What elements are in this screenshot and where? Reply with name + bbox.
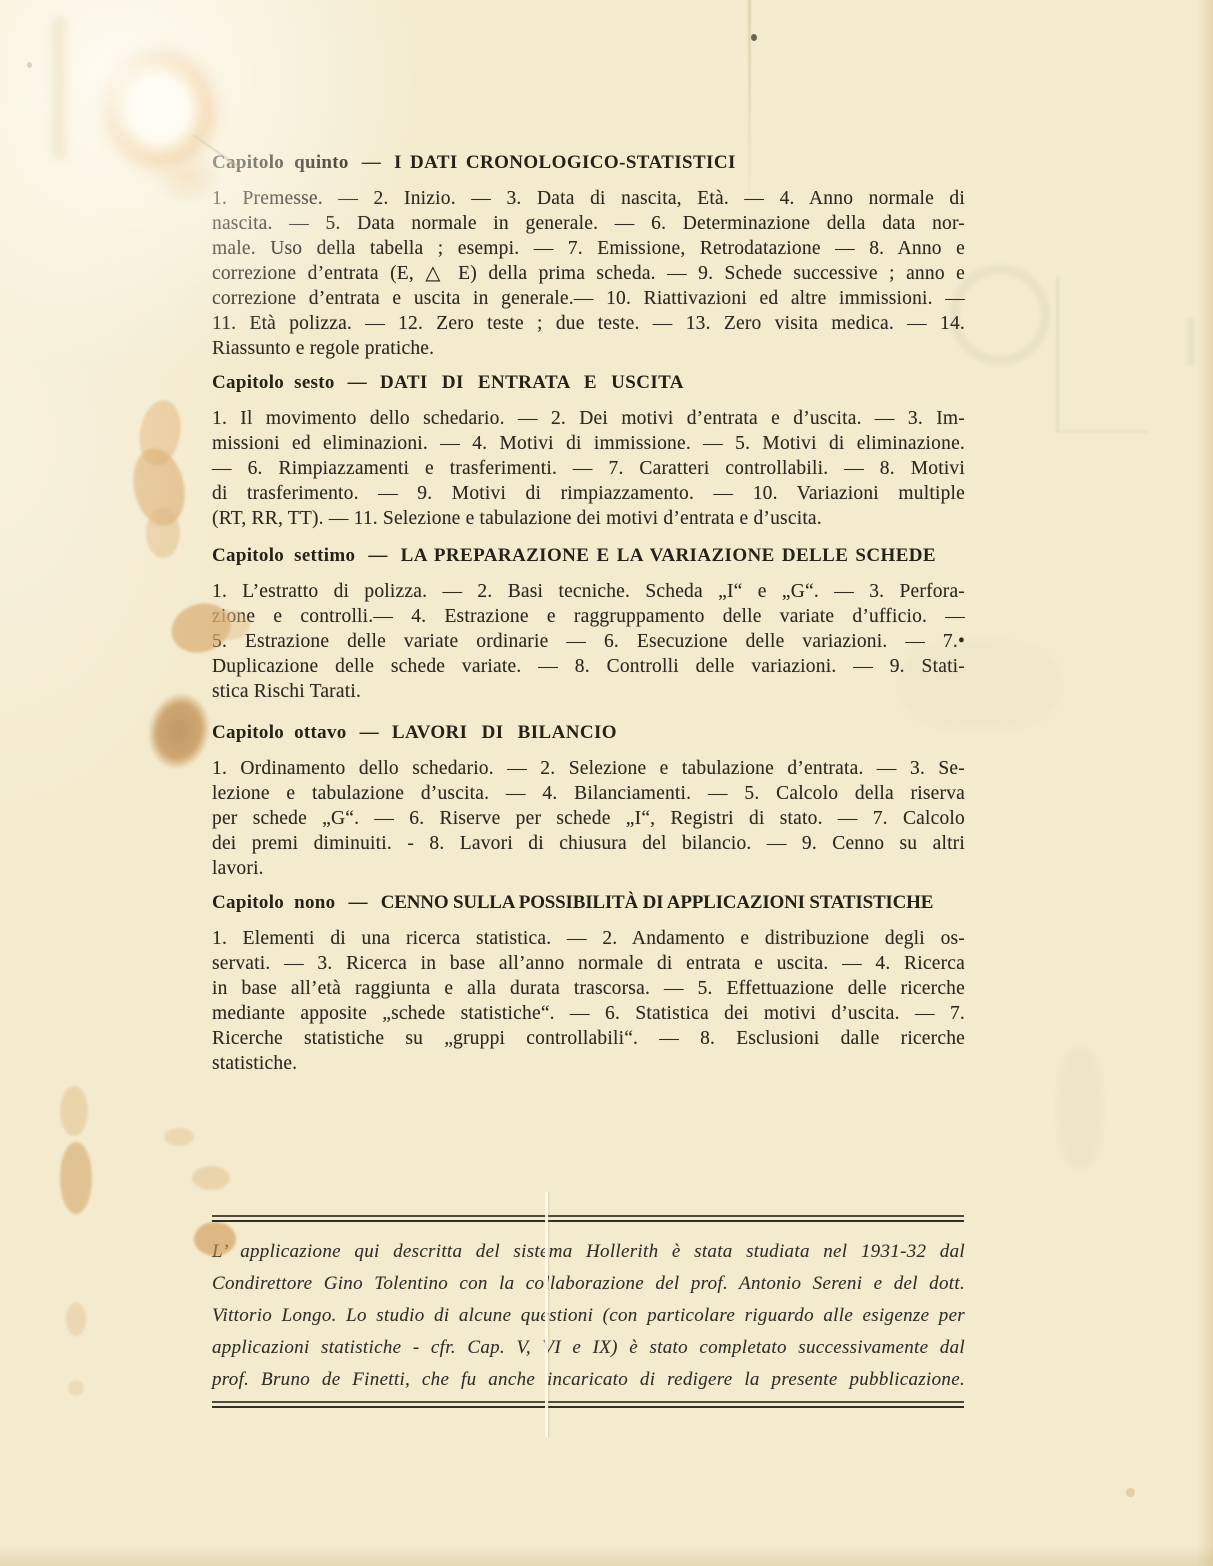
text-line: per schede „G“. — 6. Riserve per schede … (212, 806, 965, 831)
text-line: lezione e tabulazione d’uscita. — 4. Bil… (212, 781, 965, 806)
bleedthrough-line (1188, 318, 1194, 366)
text-line: 1. Il movimento dello schedario. — 2. De… (212, 406, 965, 431)
heading-dash: — (362, 150, 381, 176)
chapter-summary: 1. Il movimento dello schedario. — 2. De… (212, 406, 965, 531)
text-line: — 6. Rimpiazzamenti e trasferimenti. — 7… (212, 456, 965, 481)
text-line: 5. Estrazione delle variate ordinarie — … (212, 629, 965, 654)
text-line: 1. Ordinamento dello schedario. — 2. Sel… (212, 756, 965, 781)
text-line: L’ applicazione qui descritta del sistem… (212, 1236, 965, 1268)
text-line: prof. Bruno de Finetti, che fu anche inc… (212, 1364, 965, 1396)
foxing-stain (135, 397, 186, 469)
chapter-heading: Capitolo quinto — I DATI CRONOLOGICO-STA… (212, 150, 965, 176)
text-line: (RT, RR, TT). — 11. Selezione e tabulazi… (212, 506, 965, 531)
foxing-stain (146, 508, 180, 558)
text-line: Ricerche statistiche su „gruppi controll… (212, 1026, 965, 1051)
chapter-summary: 1. Ordinamento dello schedario. — 2. Sel… (212, 756, 965, 881)
text-line: mediante apposite „schede statistiche“. … (212, 1001, 965, 1026)
text-line: 1. Elementi di una ricerca statistica. —… (212, 926, 965, 951)
text-line: Duplicazione delle schede variate. — 8. … (212, 654, 965, 679)
heading-dash: — (348, 370, 367, 396)
horizontal-rule-bottom (212, 1406, 964, 1409)
chapter-title: LAVORI DI BILANCIO (392, 720, 617, 746)
scanned-book-page: { "document": { "sections": [ { "chapter… (0, 0, 1213, 1566)
chapter-section: Capitolo nono — CENNO SULLA POSSIBILITÀ … (212, 890, 965, 916)
heading-dash: — (348, 890, 367, 916)
text-line: zione e controlli.— 4. Estrazione e ragg… (212, 604, 965, 629)
foxing-stain (141, 686, 218, 775)
text-line: missioni ed eliminazioni. — 4. Motivi di… (212, 431, 965, 456)
text-line: male. Uso della tabella ; esempi. — 7. E… (212, 236, 965, 261)
chapter-section: Capitolo settimo — LA PREPARAZIONE E LA … (212, 543, 965, 569)
paper-crease (748, 0, 751, 215)
chapter-number-label: Capitolo nono (212, 890, 335, 916)
text-line: applicazioni statistiche - cfr. Cap. V, … (212, 1332, 965, 1364)
horizontal-rule-top (212, 1215, 964, 1217)
text-line: di trasferimento. — 9. Motivi di rimpiaz… (212, 481, 965, 506)
text-line: servati. — 3. Ricerca in base all’anno n… (212, 951, 965, 976)
chapter-title: I DATI CRONOLOGICO-STATISTICI (394, 150, 736, 176)
chapter-summary: 1. Premesse. — 2. Inizio. — 3. Data di n… (212, 186, 965, 361)
ink-speck (27, 62, 32, 68)
bleedthrough-smudge (1058, 1048, 1102, 1168)
foxing-stain (66, 1302, 86, 1336)
text-line: 1. L’estratto di polizza. — 2. Basi tecn… (212, 579, 965, 604)
footnote-text: L’ applicazione qui descritta del sistem… (212, 1236, 965, 1396)
text-line: lavori. (212, 856, 965, 881)
text-line: Riassunto e regole pratiche. (212, 336, 965, 361)
heading-dash: — (368, 543, 387, 569)
text-line: stica Rischi Tarati. (212, 679, 965, 704)
foxing-stain (164, 1128, 194, 1146)
ink-speck (751, 34, 757, 41)
text-line: Condirettore Gino Tolentino con la colla… (212, 1268, 965, 1300)
text-line: correzione d’entrata e uscita in general… (212, 286, 965, 311)
chapter-heading: Capitolo ottavo — LAVORI DI BILANCIO (212, 720, 965, 746)
text-line: 11. Età polizza. — 12. Zero teste ; due … (212, 311, 965, 336)
paper-crease (52, 18, 66, 158)
chapter-number-label: Capitolo settimo (212, 543, 355, 569)
paper-speck (1126, 1488, 1135, 1497)
chapter-number-label: Capitolo sesto (212, 370, 335, 396)
chapter-title: CENNO SULLA POSSIBILITÀ DI APPLICAZIONI … (381, 890, 933, 916)
chapter-section: Capitolo quinto — I DATI CRONOLOGICO-STA… (212, 150, 965, 176)
chapter-number-label: Capitolo ottavo (212, 720, 347, 746)
foxing-stain (68, 1380, 84, 1396)
text-line: in base all’età raggiunta e alla durata … (212, 976, 965, 1001)
chapter-title: DATI DI ENTRATA E USCITA (380, 370, 684, 396)
text-line: statistiche. (212, 1051, 965, 1076)
bleedthrough-circle (950, 265, 1050, 365)
chapter-summary: 1. L’estratto di polizza. — 2. Basi tecn… (212, 579, 965, 704)
chapter-heading: Capitolo settimo — LA PREPARAZIONE E LA … (212, 543, 965, 569)
horizontal-rule-top (212, 1220, 964, 1223)
chapter-heading: Capitolo nono — CENNO SULLA POSSIBILITÀ … (212, 890, 965, 916)
chapter-section: Capitolo sesto — DATI DI ENTRATA E USCIT… (212, 370, 965, 396)
foxing-stain (60, 1086, 88, 1136)
bleedthrough-line (1056, 276, 1059, 432)
chapter-heading: Capitolo sesto — DATI DI ENTRATA E USCIT… (212, 370, 965, 396)
foxing-stain (192, 1166, 230, 1190)
text-line: Vittorio Longo. Lo studio di alcune ques… (212, 1300, 965, 1332)
text-line: nascita. — 5. Data normale in generale. … (212, 211, 965, 236)
text-line: correzione d’entrata (E, △ E) della prim… (212, 261, 965, 286)
heading-dash: — (360, 720, 379, 746)
chapter-title: LA PREPARAZIONE E LA VARIAZIONE DELLE SC… (401, 543, 936, 569)
foxing-stain (60, 1142, 92, 1214)
foxing-stain (126, 444, 191, 531)
text-line: dei premi diminuiti. - 8. Lavori di chiu… (212, 831, 965, 856)
text-line: 1. Premesse. — 2. Inizio. — 3. Data di n… (212, 186, 965, 211)
horizontal-rule-bottom (212, 1401, 964, 1403)
chapter-section: Capitolo ottavo — LAVORI DI BILANCIO 1. … (212, 720, 965, 746)
chapter-summary: 1. Elementi di una ricerca statistica. —… (212, 926, 965, 1076)
bleedthrough-line (1056, 430, 1148, 433)
